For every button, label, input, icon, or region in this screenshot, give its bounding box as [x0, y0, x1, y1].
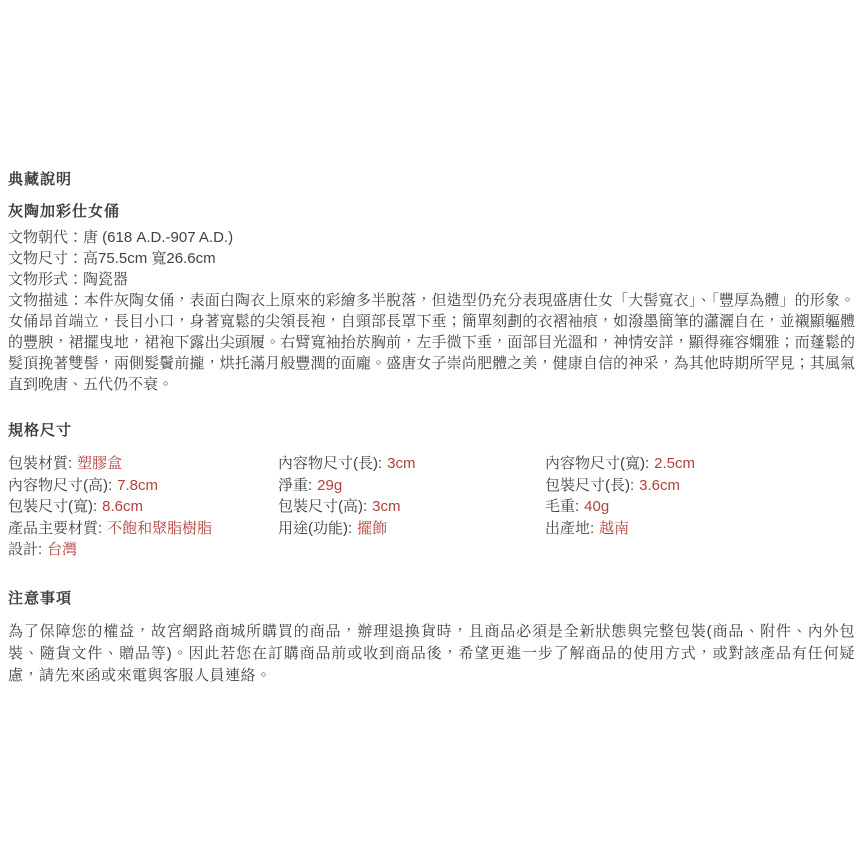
artifact-title: 灰陶加彩仕女俑 — [8, 202, 855, 222]
spec-label: 包裝尺寸(長): — [545, 477, 634, 494]
artifact-description-text: 本件灰陶女俑，表面白陶衣上原來的彩繪多半脫落，但造型仍充分表現盛唐仕女「大髻寬衣… — [8, 292, 855, 393]
notice-section: 注意事項 為了保障您的權益，故宮網路商城所購買的商品，辦理退換貨時，且商品必須是… — [8, 589, 855, 687]
spec-value: 3.6cm — [639, 477, 680, 494]
spec-item-package-height: 包裝尺寸(高):3cm — [278, 496, 545, 518]
spec-column-2: 內容物尺寸(長):3cm 淨重:29g 包裝尺寸(高):3cm 用途(功能):擺… — [278, 453, 545, 561]
collection-description-section: 典藏說明 灰陶加彩仕女俑 文物朝代：唐 (618 A.D.-907 A.D.) … — [8, 170, 855, 395]
spec-column-1: 包裝材質:塑膠盒 內容物尺寸(高):7.8cm 包裝尺寸(寬):8.6cm 產品… — [8, 453, 278, 561]
spec-value: 3cm — [372, 498, 400, 515]
spec-column-3: 內容物尺寸(寬):2.5cm 包裝尺寸(長):3.6cm 毛重:40g 出產地:… — [545, 453, 855, 561]
artifact-form-value: 陶瓷器 — [83, 271, 128, 288]
spec-item-package-width: 包裝尺寸(寬):8.6cm — [8, 496, 278, 518]
spec-label: 內容物尺寸(長): — [278, 455, 382, 472]
spec-item-gross-weight: 毛重:40g — [545, 496, 855, 518]
spec-value: 擺飾 — [357, 520, 387, 537]
spec-label: 包裝尺寸(寬): — [8, 498, 97, 515]
spec-grid: 包裝材質:塑膠盒 內容物尺寸(高):7.8cm 包裝尺寸(寬):8.6cm 產品… — [8, 453, 855, 561]
spec-item-origin: 出產地:越南 — [545, 518, 855, 540]
artifact-description-label: 文物描述： — [8, 292, 84, 309]
spec-label: 淨重: — [278, 477, 312, 494]
spec-value: 越南 — [599, 520, 629, 537]
artifact-size-line: 文物尺寸：高75.5cm 寬26.6cm — [8, 248, 855, 269]
artifact-description: 文物描述：本件灰陶女俑，表面白陶衣上原來的彩繪多半脫落，但造型仍充分表現盛唐仕女… — [8, 290, 855, 395]
spec-item-content-length: 內容物尺寸(長):3cm — [278, 453, 545, 475]
spec-label: 毛重: — [545, 498, 579, 515]
artifact-size-label: 文物尺寸： — [8, 250, 83, 267]
spec-value: 台灣 — [47, 541, 77, 558]
spec-value: 3cm — [387, 455, 415, 472]
spec-label: 內容物尺寸(高): — [8, 477, 112, 494]
spec-item-packaging-material: 包裝材質:塑膠盒 — [8, 453, 278, 475]
spec-item-content-width: 內容物尺寸(寬):2.5cm — [545, 453, 855, 475]
spec-label: 用途(功能): — [278, 520, 352, 537]
spec-label: 出產地: — [545, 520, 594, 537]
artifact-form-line: 文物形式：陶瓷器 — [8, 269, 855, 290]
spec-value: 8.6cm — [102, 498, 143, 515]
spec-item-design: 設計:台灣 — [8, 539, 278, 561]
specifications-section: 規格尺寸 包裝材質:塑膠盒 內容物尺寸(高):7.8cm 包裝尺寸(寬):8.6… — [8, 421, 855, 561]
notice-heading: 注意事項 — [8, 589, 855, 608]
spec-item-main-material: 產品主要材質:不飽和聚脂樹脂 — [8, 518, 278, 540]
spec-label: 產品主要材質: — [8, 520, 102, 537]
artifact-size-value: 高75.5cm 寬26.6cm — [83, 250, 216, 267]
notice-text: 為了保障您的權益，故宮網路商城所購買的商品，辦理退換貨時，且商品必須是全新狀態與… — [8, 621, 855, 687]
spec-item-package-length: 包裝尺寸(長):3.6cm — [545, 475, 855, 497]
spec-value: 塑膠盒 — [77, 455, 122, 472]
artifact-form-label: 文物形式： — [8, 271, 83, 288]
spec-label: 包裝尺寸(高): — [278, 498, 367, 515]
specifications-heading: 規格尺寸 — [8, 421, 855, 440]
spec-value: 7.8cm — [117, 477, 158, 494]
spec-item-usage: 用途(功能):擺飾 — [278, 518, 545, 540]
spec-label: 設計: — [8, 541, 42, 558]
collection-heading: 典藏說明 — [8, 170, 855, 189]
spec-value: 2.5cm — [654, 455, 695, 472]
spec-item-content-height: 內容物尺寸(高):7.8cm — [8, 475, 278, 497]
artifact-dynasty-label: 文物朝代： — [8, 229, 83, 246]
spec-value: 40g — [584, 498, 609, 515]
spec-label: 內容物尺寸(寬): — [545, 455, 649, 472]
spec-value: 不飽和聚脂樹脂 — [107, 520, 212, 537]
spec-item-net-weight: 淨重:29g — [278, 475, 545, 497]
product-detail-page: 典藏說明 灰陶加彩仕女俑 文物朝代：唐 (618 A.D.-907 A.D.) … — [0, 0, 863, 863]
spec-value: 29g — [317, 477, 342, 494]
spec-label: 包裝材質: — [8, 455, 72, 472]
artifact-dynasty-line: 文物朝代：唐 (618 A.D.-907 A.D.) — [8, 227, 855, 248]
artifact-dynasty-value: 唐 (618 A.D.-907 A.D.) — [83, 229, 233, 246]
